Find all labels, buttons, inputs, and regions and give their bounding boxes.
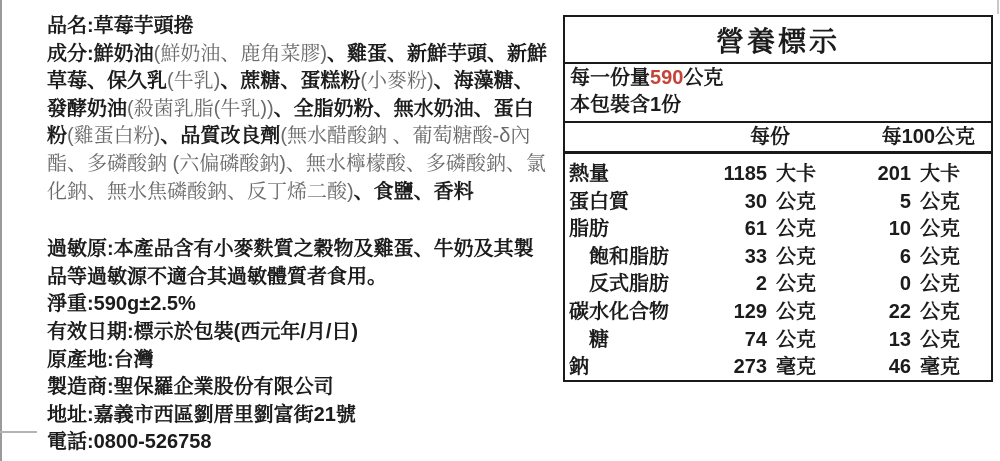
per-serving-unit: 公克: [767, 244, 839, 272]
per-100g-unit: 公克: [911, 271, 977, 299]
per-serving-value: 1185: [701, 161, 767, 189]
per-serving-value: 74: [701, 327, 767, 355]
ingredients-line-4: 粉(雞蛋白粉)、品質改良劑(無水醋酸鈉 、葡萄糖酸-δ內: [47, 123, 567, 151]
serving-size-unit: 公克: [683, 67, 723, 89]
scan-artifact-bottom-left-tick: [0, 431, 37, 433]
nutrient-name: 脂肪: [565, 216, 701, 244]
paragraph-gap: [47, 206, 567, 236]
per-100g-unit: 大卡: [911, 161, 977, 189]
nutrition-row-fat: 脂肪 61 公克 10 公克: [565, 216, 991, 244]
nutrition-row-sodium: 鈉 273 毫克 46 毫克: [565, 354, 991, 382]
nutrition-row-calories: 熱量 1185 大卡 201 大卡: [565, 161, 991, 189]
per-100g-unit: 毫克: [911, 354, 977, 382]
per-serving-value: 273: [701, 354, 767, 382]
per-serving-unit: 毫克: [767, 354, 839, 382]
nutrition-row-trans-fat: 反式脂肪 2 公克 0 公克: [565, 271, 991, 299]
nutrient-name: 反式脂肪: [565, 271, 701, 299]
nutrition-facts-table: 營養標示 每一份量590公克 本包裝含1份 每份 每100公克 熱量 1185 …: [563, 15, 993, 382]
serving-size-value: 590: [650, 67, 683, 89]
nutrient-name: 糖: [565, 327, 701, 355]
address-line: 地址:嘉義市西區劉厝里劉富街21號: [47, 402, 567, 430]
phone-line: 電話:0800-526758: [47, 429, 567, 457]
nutrition-title: 營養標示: [565, 17, 991, 64]
per-serving-value: 129: [701, 299, 767, 327]
serving-info-section: 每一份量590公克 本包裝含1份: [565, 64, 991, 123]
origin-line: 原產地:台灣: [47, 347, 567, 375]
ingredients-line-3: 發酵奶油(殺菌乳脂(牛乳))、全脂奶粉、無水奶油、蛋白: [47, 96, 567, 124]
nutrient-name: 熱量: [565, 161, 701, 189]
ingredients-line-2: 草莓、保久乳(牛乳)、蔗糖、蛋糕粉(小麥粉)、海藻糖、: [47, 68, 567, 96]
per-serving-value: 33: [701, 244, 767, 272]
per-serving-value: 30: [701, 189, 767, 217]
nutrition-row-protein: 蛋白質 30 公克 5 公克: [565, 189, 991, 217]
serving-size-prefix: 每一份量: [570, 67, 650, 89]
per-100g-unit: 公克: [911, 299, 977, 327]
per-100g-value: 6: [839, 244, 911, 272]
nutrition-row-carbohydrate: 碳水化合物 129 公克 22 公克: [565, 299, 991, 327]
nutrient-name: 鈉: [565, 354, 701, 382]
per-serving-unit: 公克: [767, 216, 839, 244]
per-100g-value: 201: [839, 161, 911, 189]
per-serving-value: 2: [701, 271, 767, 299]
per-100g-unit: 公克: [911, 216, 977, 244]
ingredients-line-1: 成分:鮮奶油(鮮奶油、鹿角菜膠)、雞蛋、新鮮芋頭、新鮮: [47, 41, 567, 69]
product-name-line: 品名:草莓芋頭捲: [47, 13, 567, 41]
per-100g-value: 5: [839, 189, 911, 217]
net-weight-line: 淨重:590g±2.5%: [47, 291, 567, 319]
scan-artifact-left-edge-line: [0, 0, 2, 461]
per-100g-value: 46: [839, 354, 911, 382]
column-header-per-100g: 每100公克: [839, 123, 977, 151]
per-serving-unit: 公克: [767, 271, 839, 299]
nutrient-name: 飽和脂肪: [565, 244, 701, 272]
header-name-spacer: [565, 123, 701, 151]
per-100g-unit: 公克: [911, 244, 977, 272]
nutrition-row-saturated-fat: 飽和脂肪 33 公克 6 公克: [565, 244, 991, 272]
allergen-line-1: 過敏原:本產品含有小麥麩質之穀物及雞蛋、牛奶及其製: [47, 236, 567, 264]
scan-artifact-top-right-tick: [997, 0, 999, 14]
serving-size-line: 每一份量590公克: [570, 65, 991, 92]
per-serving-unit: 公克: [767, 327, 839, 355]
per-100g-value: 0: [839, 271, 911, 299]
column-header-per-serving: 每份: [701, 123, 839, 151]
nutrition-table-body: 熱量 1185 大卡 201 大卡 蛋白質 30 公克 5 公克 脂肪 61 公…: [565, 154, 991, 382]
allergen-line-2: 品等過敏源不適合其過敏體質者食用。: [47, 264, 567, 292]
ingredients-line-5: 酯、多磷酸鈉 (六偏磷酸鈉)、無水檸檬酸、多磷酸鈉、氯: [47, 151, 567, 179]
product-info-block: 品名:草莓芋頭捲 成分:鮮奶油(鮮奶油、鹿角菜膠)、雞蛋、新鮮芋頭、新鮮 草莓、…: [47, 13, 567, 457]
nutrient-name: 碳水化合物: [565, 299, 701, 327]
ingredients-line-6: 化鈉、無水焦磷酸鈉、反丁烯二酸)、食鹽、香料: [47, 179, 567, 207]
manufacturer-line: 製造商:聖保羅企業股份有限公司: [47, 374, 567, 402]
nutrient-name: 蛋白質: [565, 189, 701, 217]
per-100g-value: 22: [839, 299, 911, 327]
servings-per-package-line: 本包裝含1份: [570, 92, 991, 119]
per-serving-unit: 公克: [767, 299, 839, 327]
per-100g-value: 13: [839, 327, 911, 355]
nutrition-table-header: 每份 每100公克: [565, 123, 991, 154]
per-100g-unit: 公克: [911, 327, 977, 355]
per-100g-value: 10: [839, 216, 911, 244]
expiry-date-line: 有效日期:標示於包裝(西元年/月/日): [47, 319, 567, 347]
per-serving-unit: 公克: [767, 189, 839, 217]
nutrition-row-sugar: 糖 74 公克 13 公克: [565, 327, 991, 355]
per-serving-unit: 大卡: [767, 161, 839, 189]
per-100g-unit: 公克: [911, 189, 977, 217]
per-serving-value: 61: [701, 216, 767, 244]
product-name-text: 品名:草莓芋頭捲: [47, 15, 194, 37]
